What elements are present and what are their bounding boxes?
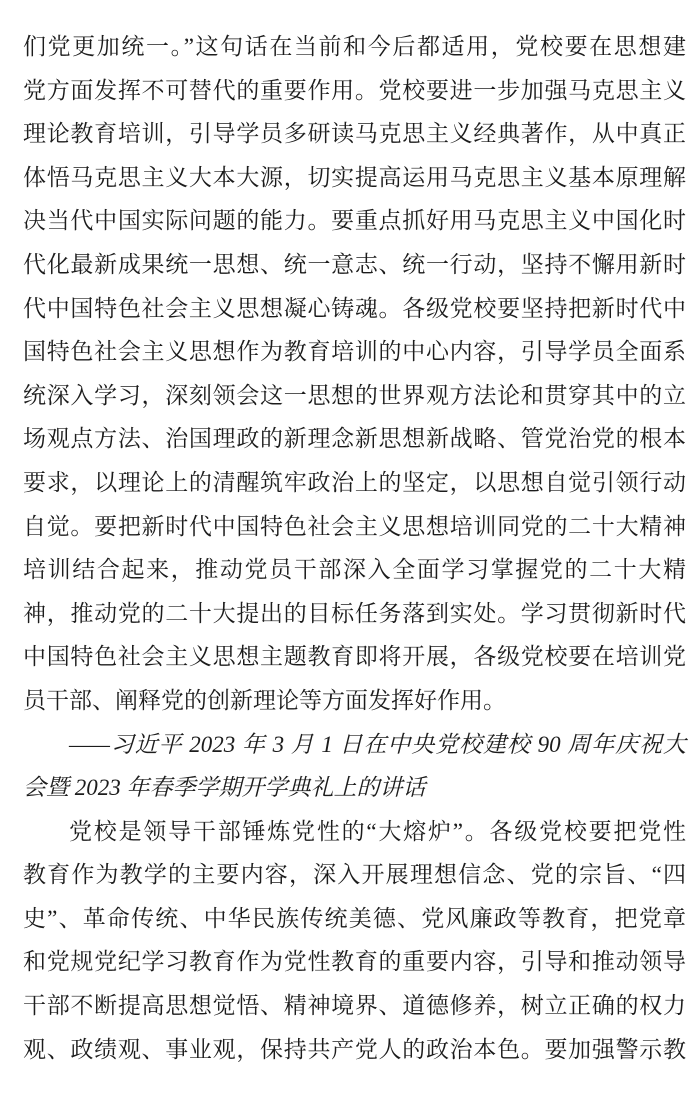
paragraph-body-2: 党校是领导干部锤炼党性的“大熔炉”。各级党校要把党性 教育作为教学的主要内容，深… (23, 810, 686, 1072)
document-page: 们党更加统一。”这句话在当前和今后都适用，党校要在思想建 党方面发挥不可替代的重… (0, 0, 691, 1096)
text-line: 代化最新成果统一思想、统一意志、统一行动，坚持不懈用新时 (23, 243, 686, 287)
text-line: 神，推动党的二十大提出的目标任务落到实处。学习贯彻新时代 (23, 592, 686, 636)
text-line: 们党更加统一。”这句话在当前和今后都适用，党校要在思想建 (23, 25, 686, 69)
text-line: 员干部、阐释党的创新理论等方面发挥好作用。 (23, 679, 686, 723)
text-line: 国特色社会主义思想作为教育培训的中心内容，引导学员全面系 (23, 330, 686, 374)
paragraph-body-1: 们党更加统一。”这句话在当前和今后都适用，党校要在思想建 党方面发挥不可替代的重… (23, 25, 686, 723)
text-line: 干部不断提高思想觉悟、精神境界、道德修养，树立正确的权力 (23, 984, 686, 1028)
text-line: 党校是领导干部锤炼党性的“大熔炉”。各级党校要把党性 (23, 810, 686, 854)
text-line: 自觉。要把新时代中国特色社会主义思想培训同党的二十大精神 (23, 505, 686, 549)
citation-line: 会暨 2023 年春季学期开学典礼上的讲话 (23, 766, 686, 810)
text-line: 统深入学习，深刻领会这一思想的世界观方法论和贯穿其中的立 (23, 374, 686, 418)
paragraph-citation-attribution: ——习近平 2023 年 3 月 1 日在中央党校建校 90 周年庆祝大 会暨 … (23, 723, 686, 810)
text-line: 场观点方法、治国理政的新理念新思想新战略、管党治党的根本 (23, 417, 686, 461)
text-line: 中国特色社会主义思想主题教育即将开展，各级党校要在培训党 (23, 635, 686, 679)
text-line: 史”、革命传统、中华民族传统美德、党风廉政等教育，把党章 (23, 897, 686, 941)
text-line: 观、政绩观、事业观，保持共产党人的政治本色。要加强警示教 (23, 1028, 686, 1072)
citation-line: ——习近平 2023 年 3 月 1 日在中央党校建校 90 周年庆祝大 (23, 723, 686, 767)
text-line: 代中国特色社会主义思想凝心铸魂。各级党校要坚持把新时代中 (23, 287, 686, 331)
text-line: 党方面发挥不可替代的重要作用。党校要进一步加强马克思主义 (23, 69, 686, 113)
text-line: 体悟马克思主义大本大源，切实提高运用马克思主义基本原理解 (23, 156, 686, 200)
text-line: 教育作为教学的主要内容，深入开展理想信念、党的宗旨、“四 (23, 853, 686, 897)
text-line: 理论教育培训，引导学员多研读马克思主义经典著作，从中真正 (23, 112, 686, 156)
text-line: 要求，以理论上的清醒筑牢政治上的坚定，以思想自觉引领行动 (23, 461, 686, 505)
text-line: 决当代中国实际问题的能力。要重点抓好用马克思主义中国化时 (23, 199, 686, 243)
text-line: 培训结合起来，推动党员干部深入全面学习掌握党的二十大精 (23, 548, 686, 592)
document-page-background: { "colors": { "background": "#ffffff", "… (0, 0, 691, 1096)
text-line: 和党规党纪学习教育作为党性教育的重要内容，引导和推动领导 (23, 940, 686, 984)
